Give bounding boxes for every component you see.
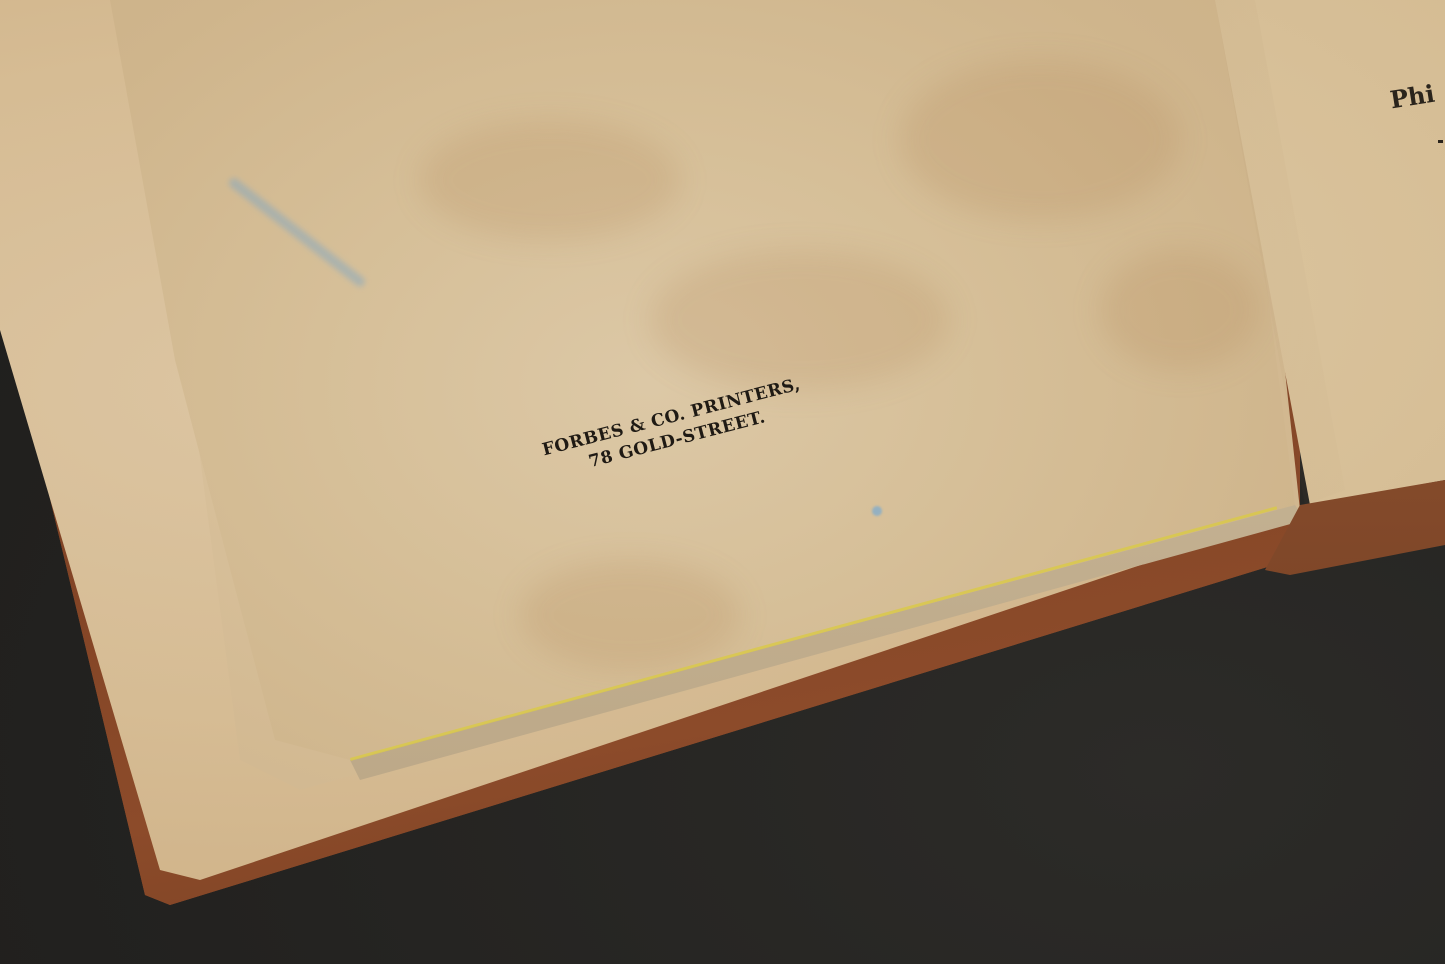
foxing-stain (520, 560, 740, 670)
blue-ink-dot (872, 506, 882, 516)
foxing-stain (900, 60, 1180, 220)
book-photo: FORBES & CO. PRINTERS, 78 GOLD-STREET. P… (0, 0, 1445, 964)
foxing-stain (420, 120, 680, 240)
foxing-stain (650, 250, 950, 390)
foxing-stain (1100, 250, 1260, 370)
right-page-mark (1438, 140, 1443, 143)
